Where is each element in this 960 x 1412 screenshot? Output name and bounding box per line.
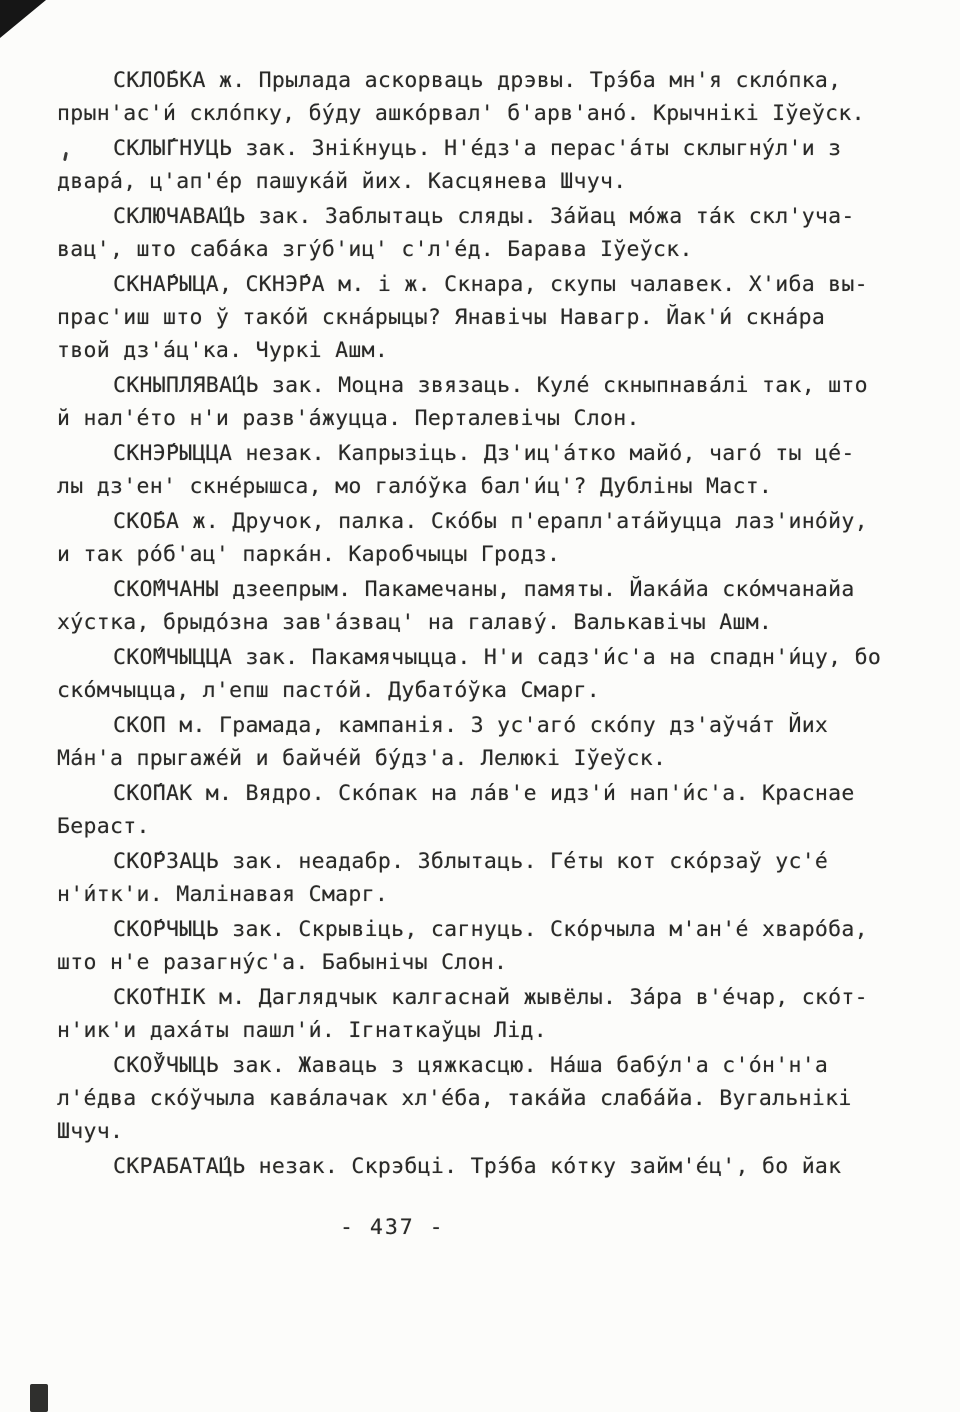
- entry-line: и так ро́б'ац' парка́н. Каробчыцы Гродз.: [57, 538, 915, 571]
- dictionary-entry-skop: СКОП м. Грамада, кампанія. З ус'аго́ ско…: [57, 709, 915, 775]
- entry-line: двара́, ц'ап'е́р пашука́й йих. Касцянева…: [57, 165, 915, 198]
- entry-line: СКЛЮЧАВА́ЦЬ зак. Заблытаць сляды. За́йац…: [57, 200, 915, 233]
- entry-line: СКО́РЧЫЦЬ зак. Скрывіць, сагнуць. Ско́рч…: [57, 913, 915, 946]
- dictionary-entry-sknarytsa: СКНА́РЫЦА, СКНЭ́РА м. і ж. Скнара, скупы…: [57, 268, 915, 367]
- entry-line: СКЛЫ́ГНУЦЬ зак. Зні́кнуць. Н'е́дз'а пера…: [57, 132, 915, 165]
- dictionary-entry-skoba: СКО́БА ж. Дручок, палка. Ско́бы п'ерапл'…: [57, 505, 915, 571]
- dictionary-entry-sklobka: СКЛО́БКА ж. Прылада аскорваць дрэвы. Трэ…: [57, 64, 915, 130]
- dictionary-entry-skouchyts: СКО́ЎЧЫЦЬ зак. Жаваць з цяжкасцю. На́ша …: [57, 1049, 915, 1148]
- entry-line: прын'ас'и́ скло́пку, бу́ду ашко́рвал' б'…: [57, 97, 915, 130]
- dictionary-entry-sknyplyavats: СКНЫПЛЯВА́ЦЬ зак. Моцна звязаць. Куле́ с…: [57, 369, 915, 435]
- dictionary-entry-skotnik: СКО́ТНІК м. Даглядчык калгаснай жывёлы. …: [57, 981, 915, 1047]
- entry-line: СКО́ТНІК м. Даглядчык калгаснай жывёлы. …: [57, 981, 915, 1014]
- entry-line: вац', што саба́ка згу́б'иц' с'л'е́д. Бар…: [57, 233, 915, 266]
- entry-line: твой дз'а́ц'ка. Чуркі Ашм.: [57, 334, 915, 367]
- entry-line: лы дз'ен' скне́рышса, мо гало́ўка бал'и́…: [57, 470, 915, 503]
- entry-line: н'и́тк'и. Малінавая Смарг.: [57, 878, 915, 911]
- dictionary-entry-skorzats: СКО́РЗАЦЬ зак. неадабр. Зблытаць. Ге́ты …: [57, 845, 915, 911]
- dictionary-entry-sknerytstsa: СКНЭ́РЫЦЦА незак. Капрызіць. Дз'иц'а́тко…: [57, 437, 915, 503]
- entry-line: СКОП м. Грамада, кампанія. З ус'аго́ ско…: [57, 709, 915, 742]
- entry-line: СКНЭ́РЫЦЦА незак. Капрызіць. Дз'иц'а́тко…: [57, 437, 915, 470]
- page-number: - 437 -: [57, 1211, 915, 1244]
- entry-line: ско́мчыцца, л'епш пасто́й. Дубато́ўка См…: [57, 674, 915, 707]
- entry-line: СКО́МЧАНЫ дзеепрым. Пакамечаны, памяты. …: [57, 573, 915, 606]
- dictionary-entry-skomchany: СКО́МЧАНЫ дзеепрым. Пакамечаны, памяты. …: [57, 573, 915, 639]
- entry-line: СКО́БА ж. Дручок, палка. Ско́бы п'ерапл'…: [57, 505, 915, 538]
- entry-line: СКНА́РЫЦА, СКНЭ́РА м. і ж. Скнара, скупы…: [57, 268, 915, 301]
- entry-line: Ма́н'а прыгаже́й и байче́й бу́дз'а. Лелю…: [57, 742, 915, 775]
- scan-artifact-bottom-bar: [30, 1384, 48, 1412]
- entry-line: прас'иш што ў тако́й скна́рыцы? Янавічы …: [57, 301, 915, 334]
- entry-line: Шчуч.: [57, 1115, 915, 1148]
- entry-line: СКЛО́БКА ж. Прылада аскорваць дрэвы. Трэ…: [57, 64, 915, 97]
- entry-line: СКНЫПЛЯВА́ЦЬ зак. Моцна звязаць. Куле́ с…: [57, 369, 915, 402]
- entry-line: СКО́ЎЧЫЦЬ зак. Жаваць з цяжкасцю. На́ша …: [57, 1049, 915, 1082]
- dictionary-entry-sklyuchavats: СКЛЮЧАВА́ЦЬ зак. Заблытаць сляды. За́йац…: [57, 200, 915, 266]
- entry-line: ху́стка, брыдо́зна зав'а́звац' на галаву…: [57, 606, 915, 639]
- entry-line: СКО́РЗАЦЬ зак. неадабр. Зблытаць. Ге́ты …: [57, 845, 915, 878]
- entry-line: н'ик'и даха́ты пашл'и́. Ігнаткаўцы Лід.: [57, 1014, 915, 1047]
- dictionary-entry-sklygnuts: СКЛЫ́ГНУЦЬ зак. Зні́кнуць. Н'е́дз'а пера…: [57, 132, 915, 198]
- dictionary-entry-skorchyts: СКО́РЧЫЦЬ зак. Скрывіць, сагнуць. Ско́рч…: [57, 913, 915, 979]
- entry-line: СКО́МЧЫЦЦА зак. Пакамячыцца. Н'и садз'и́…: [57, 641, 915, 674]
- entry-line: л'е́два ско́ўчыла кава́лачак хл'е́ба, та…: [57, 1082, 915, 1115]
- scanned-dictionary-page: СКЛО́БКА ж. Прылада аскорваць дрэвы. Трэ…: [0, 0, 960, 1412]
- entry-line: СКРАБАТА́ЦЬ незак. Скрэбці. Трэ́ба ко́тк…: [57, 1150, 915, 1183]
- entry-line: СКО́ПАК м. Вядро. Ско́пак на ла́в'е идз'…: [57, 777, 915, 810]
- entry-line: што н'е разагну́с'а. Бабынічы Слон.: [57, 946, 915, 979]
- dictionary-entry-skomchytstsa: СКО́МЧЫЦЦА зак. Пакамячыцца. Н'и садз'и́…: [57, 641, 915, 707]
- dictionary-entry-skrabatats: СКРАБАТА́ЦЬ незак. Скрэбці. Трэ́ба ко́тк…: [57, 1150, 915, 1183]
- scan-artifact-corner-mark: [0, 0, 46, 38]
- entry-line: Бераст.: [57, 810, 915, 843]
- entry-line: й нал'е́то н'и разв'а́жуцца. Перталевічы…: [57, 402, 915, 435]
- dictionary-entry-skopak: СКО́ПАК м. Вядро. Ско́пак на ла́в'е идз'…: [57, 777, 915, 843]
- page-content: СКЛО́БКА ж. Прылада аскорваць дрэвы. Трэ…: [57, 64, 915, 1244]
